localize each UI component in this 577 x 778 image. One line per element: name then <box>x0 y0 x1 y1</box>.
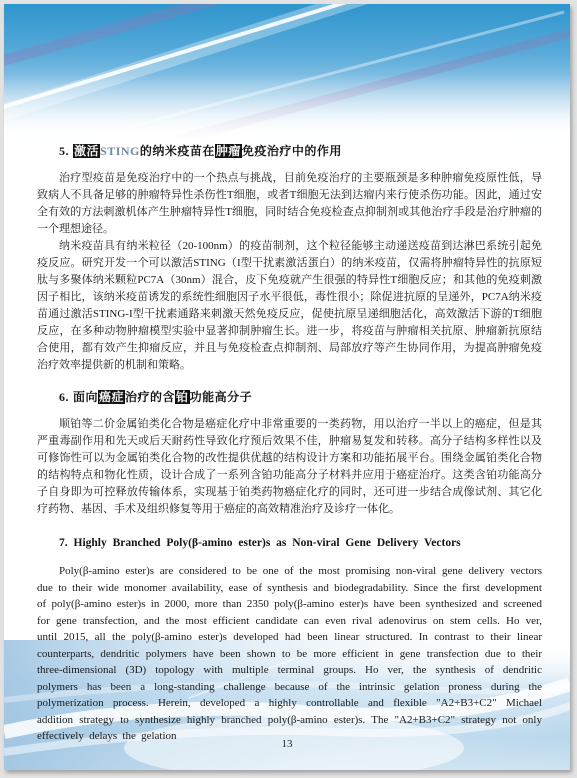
sting-term: STING <box>100 144 140 158</box>
heading-5-text-mid: 的纳米疫苗在 <box>140 144 215 158</box>
page-content: 5.激活STING的纳米疫苗在肿瘤免疫治疗中的作用 治疗型疫苗是免疫治疗中的一个… <box>4 4 570 745</box>
section-7-heading: 7. Highly Branched Poly(β-amino ester)s … <box>59 535 542 551</box>
heading-6-text-tail: 功能高分子 <box>190 390 253 404</box>
section-5-paragraph-2: 纳米疫苗具有纳米粒径（20-100nm）的疫苗制剂，这个粒径能够主动递送疫苗到达… <box>37 238 542 374</box>
keyword-highlight-cancer: 癌症 <box>98 390 125 404</box>
document-page: 5.激活STING的纳米疫苗在肿瘤免疫治疗中的作用 治疗型疫苗是免疫治疗中的一个… <box>4 4 570 770</box>
section-5-paragraph-1: 治疗型疫苗是免疫治疗中的一个热点与挑战，目前免疫治疗的主要瓶颈是多种肿瘤免疫原性… <box>37 170 542 238</box>
heading-5-text-tail: 免疫治疗中的作用 <box>242 144 342 158</box>
page-number: 13 <box>4 738 570 750</box>
section-5-number: 5. <box>59 144 69 158</box>
section-6-heading: 6.面向癌症治疗的含铂功能高分子 <box>59 389 542 405</box>
keyword-highlight-activate: 激活 <box>73 144 100 158</box>
heading-6-text-pre: 面向 <box>73 390 98 404</box>
keyword-highlight-tumor: 肿瘤 <box>215 144 242 158</box>
section-6-paragraph-1: 顺铂等二价金属铂类化合物是癌症化疗中非常重要的一类药物，用以治疗一半以上的癌症，… <box>37 416 542 518</box>
section-6-number: 6. <box>59 390 69 404</box>
keyword-highlight-platinum: 铂 <box>175 390 190 404</box>
heading-6-text-mid: 治疗的含 <box>125 390 175 404</box>
section-5-heading: 5.激活STING的纳米疫苗在肿瘤免疫治疗中的作用 <box>59 143 542 159</box>
section-7-paragraph-1: Poly(β-amino ester)s are considered to b… <box>37 563 542 745</box>
